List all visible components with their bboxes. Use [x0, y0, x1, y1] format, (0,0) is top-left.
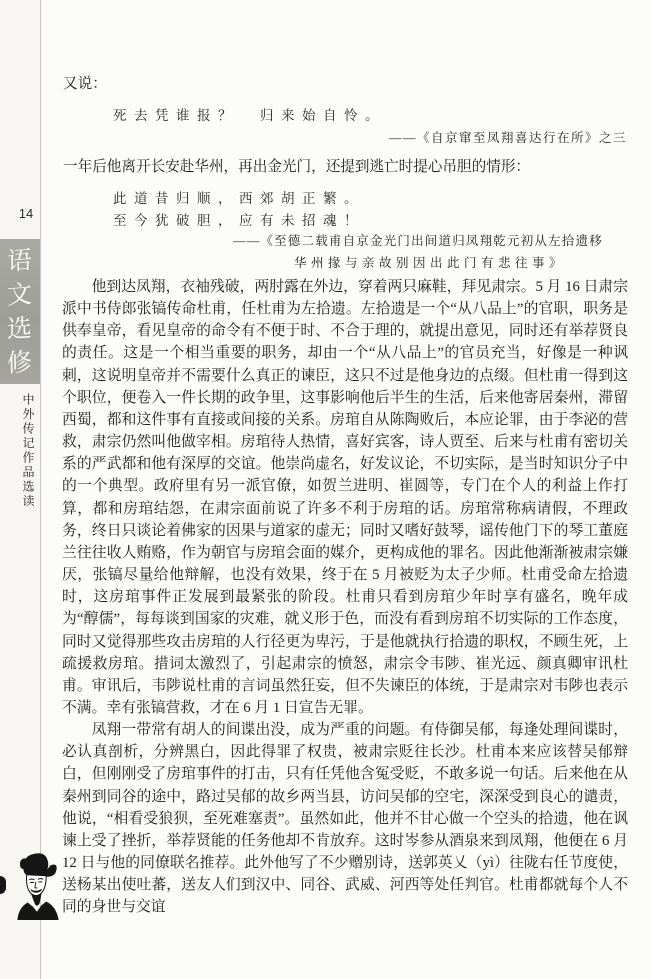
transition-paragraph: 一年后他离开长安赴华州，再出金光门，还提到逃亡时提心吊胆的情形：	[63, 155, 530, 176]
page-content: 又说： 死去凭谁报？ 归来始自怜。 ——《自京窜至凤翔喜达行在所》之三 一年后他…	[62, 0, 628, 979]
body-text: 他到达凤翔，衣袖残破，两肘露在外边，穿着两只麻鞋，拜见肃宗。5 月 16 日肃宗…	[62, 276, 628, 919]
paragraph-fengxiang: 他到达凤翔，衣袖残破，两肘露在外边，穿着两只麻鞋，拜见肃宗。5 月 16 日肃宗…	[62, 276, 628, 719]
poem-quote-line: 死去凭谁报？ 归来始自怜。	[113, 104, 386, 124]
banner-char: 选	[7, 315, 32, 342]
poem-attribution-line: 华州掾与亲故别因出此门有悲往事》	[233, 253, 627, 275]
banner-char: 语	[7, 247, 32, 274]
intro-line: 又说：	[63, 72, 107, 93]
poem-quote-line: 此道昔归顺，西郊胡正繁。	[113, 187, 365, 207]
poem-attribution: ——《自京窜至凤翔喜达行在所》之三	[389, 128, 627, 146]
sidebar-divider-rule	[40, 0, 41, 979]
subject-banner: 语 文 选 修	[0, 239, 40, 384]
du-fu-portrait	[15, 850, 61, 920]
poem-attribution-line: ——《至德二载甫自京金光门出间道归凤翔乾元初从左拾遗移	[233, 231, 627, 253]
banner-char: 文	[7, 281, 32, 308]
poem-quote-line: 至今犹破胆，应有未招魂！	[113, 209, 365, 229]
page-number: 14	[15, 206, 37, 221]
paragraph-spies: 凤翔一带常有胡人的间谍出没，成为严重的问题。有侍御吴郁，每逢处理间谍时，必认真剖…	[62, 719, 628, 918]
book-page: { "page_number": "14", "sidebar": { "ban…	[0, 0, 650, 979]
poem-attribution: ——《至德二载甫自京金光门出间道归凤翔乾元初从左拾遗移 华州掾与亲故别因出此门有…	[233, 231, 627, 274]
banner-char: 修	[7, 349, 32, 376]
series-title-vertical: 中外传记作品选读	[20, 393, 37, 518]
